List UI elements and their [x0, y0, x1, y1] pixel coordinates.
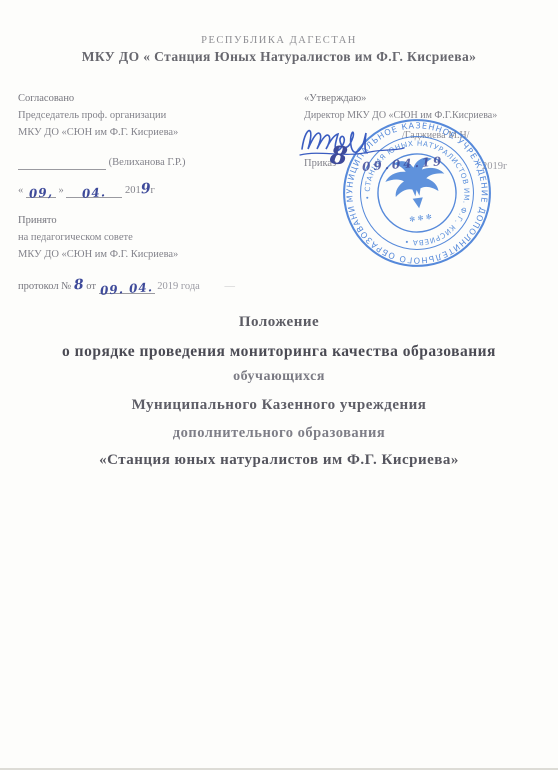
republic-header: РЕСПУБЛИКА ДАГЕСТАН — [0, 35, 558, 46]
approve-label: «Утверждаю» — [304, 92, 552, 106]
protocol-year: 2019 года — [157, 281, 200, 292]
protocol-row: протокол № 8 от 09. 04. 2019 года — — [18, 278, 296, 294]
month-underline: 04. — [66, 186, 122, 198]
handwritten-year-digit: 9 — [140, 182, 151, 197]
title-line-4: Муниципального Казенного учреждения — [0, 397, 558, 414]
agreed-chairman: Председатель проф. организации — [18, 109, 296, 123]
protocol-from: от — [86, 281, 96, 292]
organization-header: МКУ ДО « Станция Юных Натуралистов им Ф.… — [0, 49, 558, 65]
director-signature-icon — [298, 121, 418, 159]
title-line-3: обучающихся — [0, 369, 558, 385]
agreed-signature-row: (Велиханова Г.Р.) — [18, 156, 296, 178]
handwritten-order-number: 8 — [329, 148, 348, 164]
agreed-label: Согласовано — [18, 92, 296, 106]
agreed-date-row: « 09, » 04. 2019г — [18, 182, 296, 198]
accepted-council: на педагогическом совете — [18, 231, 296, 245]
scanned-document-page: РЕСПУБЛИКА ДАГЕСТАН МКУ ДО « Станция Юны… — [0, 0, 558, 770]
accepted-org: МКУ ДО «СЮН им Ф.Г. Кисриева» — [18, 248, 296, 262]
signature-line — [18, 158, 106, 170]
handwritten-protocol-date: 09. 04. — [100, 280, 154, 298]
agreed-block: Согласовано Председатель проф. организац… — [18, 92, 296, 294]
document-title-block: Положение о порядке проведения мониторин… — [0, 314, 558, 469]
title-line-5: дополнительного образования — [0, 425, 558, 442]
protocol-prefix: протокол № — [18, 281, 71, 292]
handwritten-day: 09, — [28, 185, 53, 201]
year-printed: 201 — [125, 185, 141, 196]
agreed-org: МКУ ДО «СЮН им Ф.Г. Кисриева» — [18, 126, 296, 140]
handwritten-month: 04. — [82, 185, 107, 201]
scan-artifact-dash: — — [224, 281, 235, 292]
quote-open: « — [18, 185, 23, 196]
handwritten-protocol-number: 8 — [73, 278, 84, 293]
title-line-2: о порядке проведения мониторинга качеств… — [0, 343, 558, 361]
stamp-stars: ✻ ✻ ✻ — [409, 212, 433, 224]
title-line-1: Положение — [0, 314, 558, 331]
day-underline: 09, — [26, 186, 56, 198]
agreed-signer-name: (Велиханова Г.Р.) — [109, 157, 186, 168]
quote-close: » — [59, 185, 64, 196]
title-line-6: «Станция юных натуралистов им Ф.Г. Кисри… — [0, 452, 558, 469]
accepted-label: Принято — [18, 214, 296, 228]
protocol-date-underline: 09. 04. — [99, 282, 155, 294]
